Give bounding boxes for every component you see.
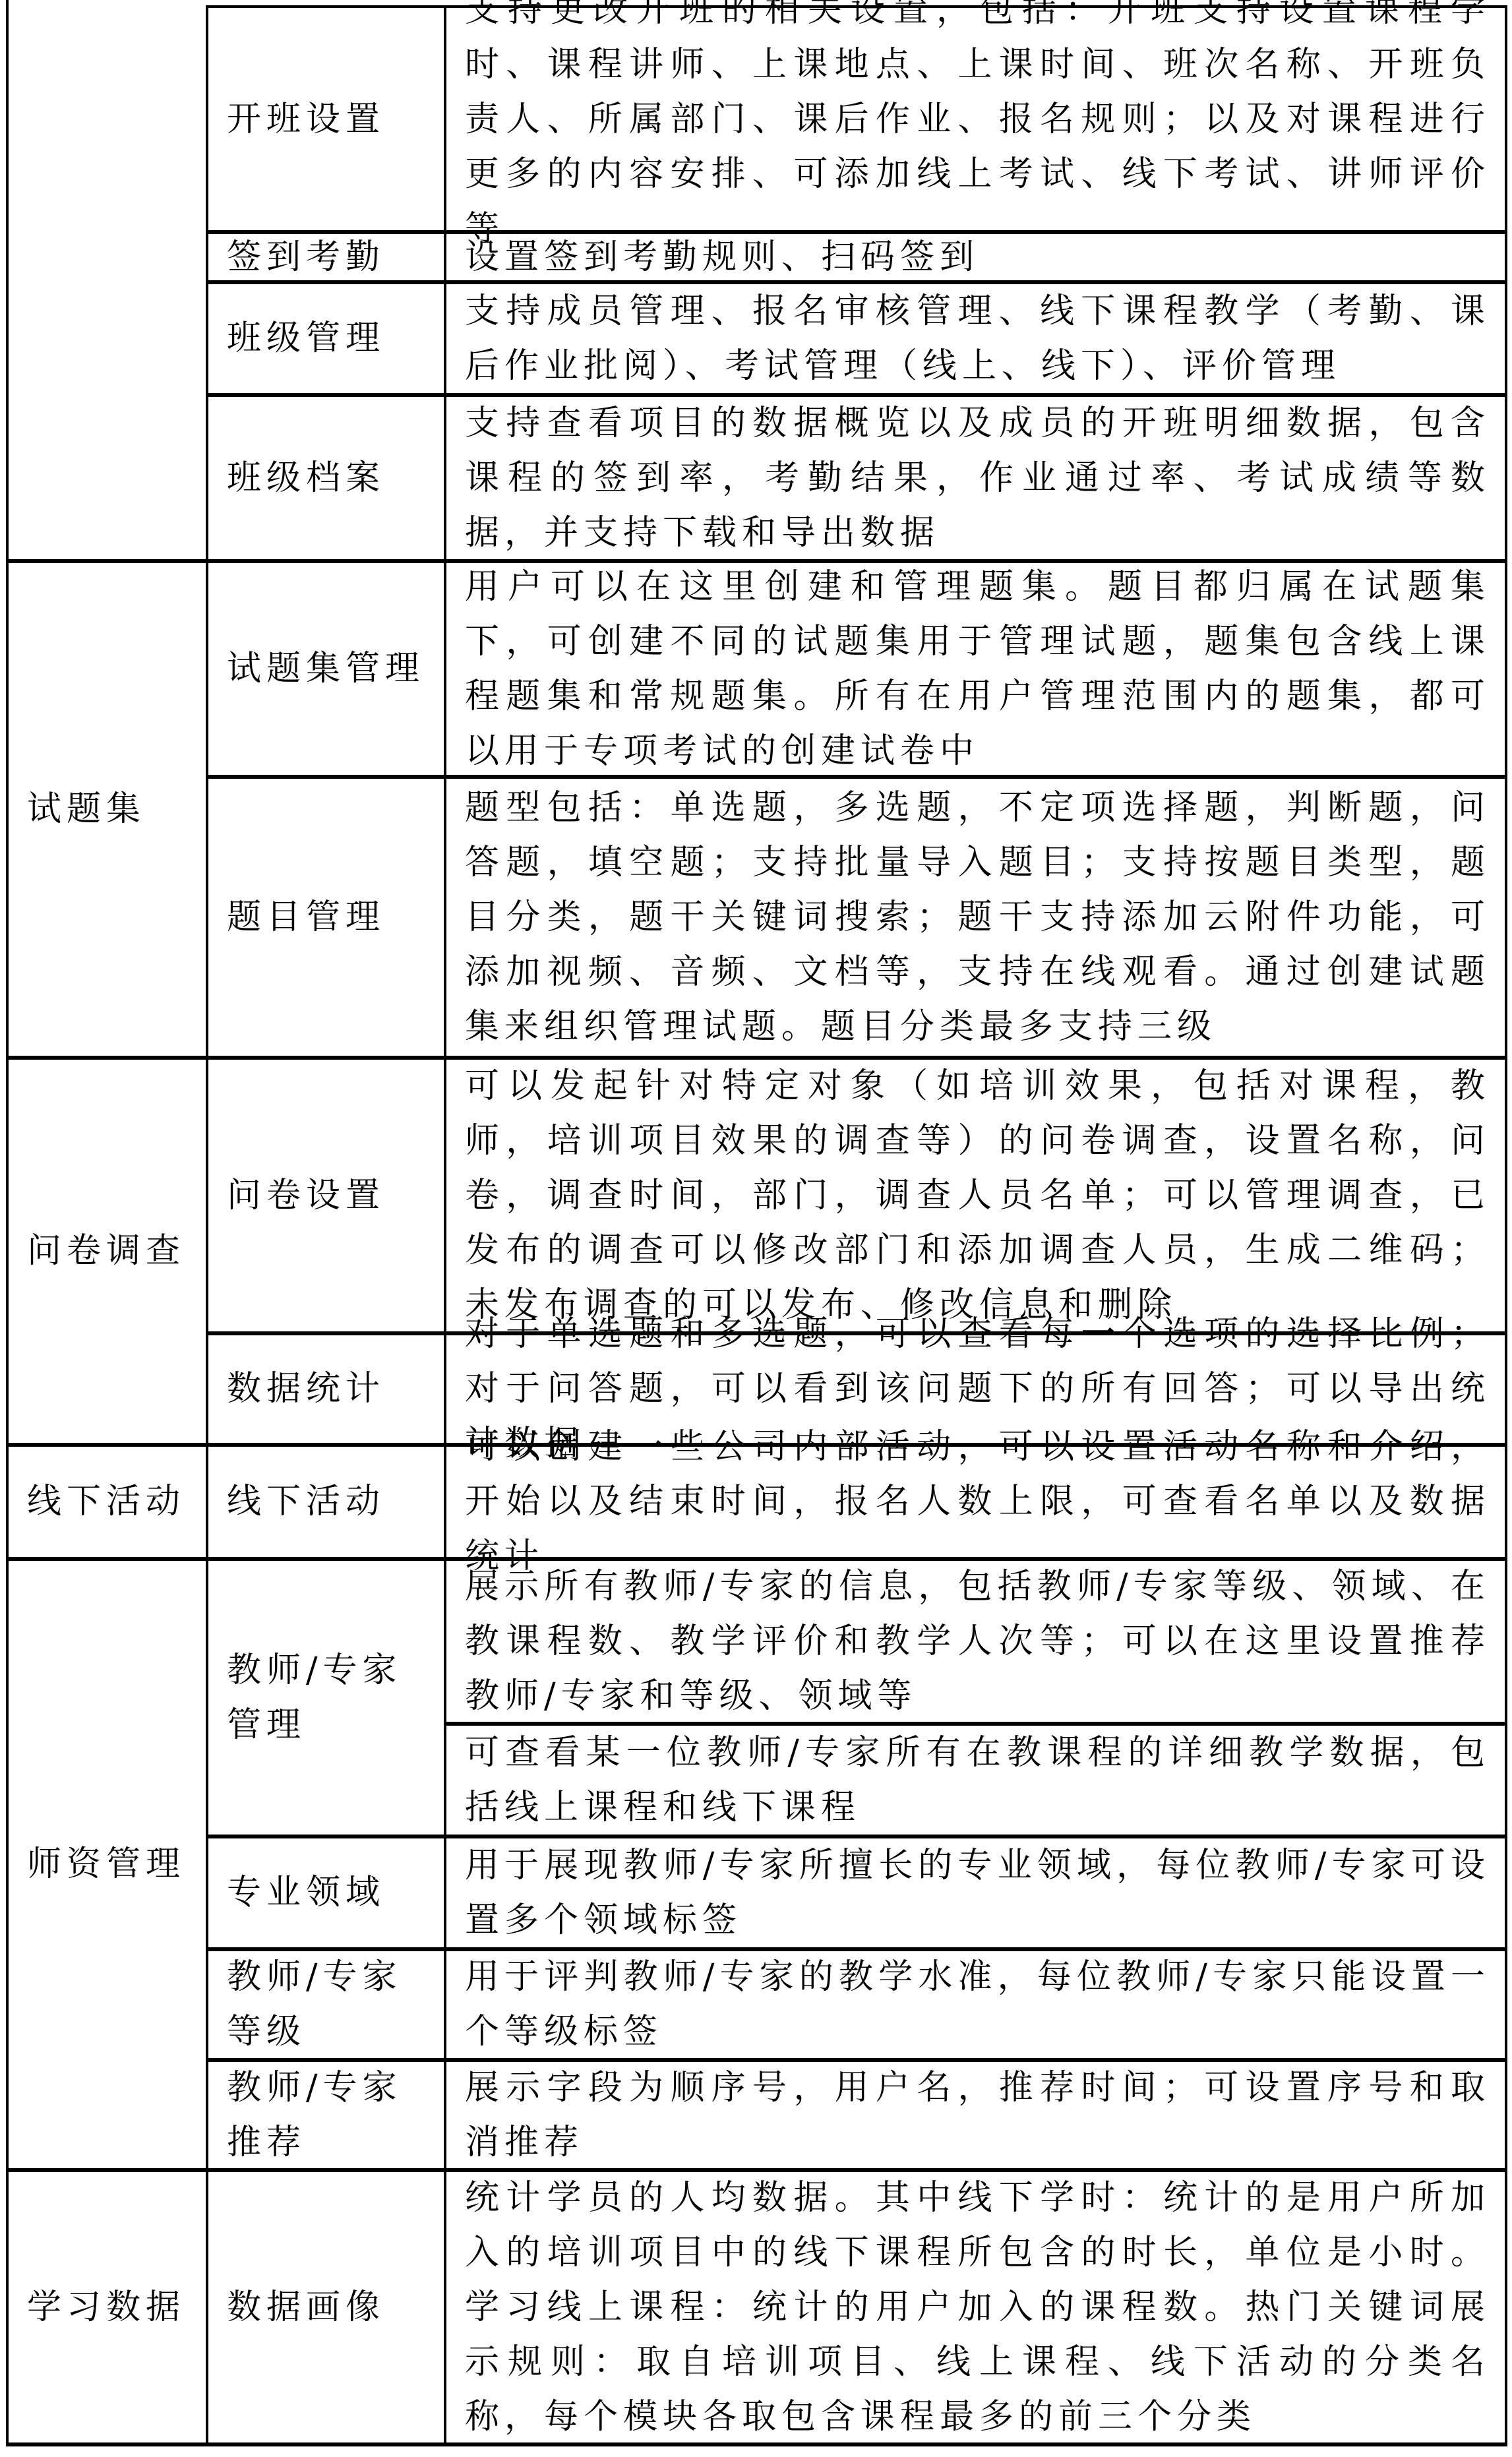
description-cell: 可以发起针对特定对象（如培训效果，包括对课程，教师，培训项目效果的调查等）的问卷… [445, 1058, 1507, 1333]
column-divider [444, 7, 446, 2446]
feature-cell: 班级档案 [207, 395, 445, 561]
description-cell: 可查看某一位教师/专家所有在教课程的详细教学数据，包括线上课程和线下课程 [445, 1724, 1507, 1836]
feature-label: 签到考勤 [227, 230, 432, 285]
description-text: 展示字段为顺序号，用户名，推荐时间；可设置序号和取消推荐 [465, 2061, 1490, 2170]
feature-label: 线下活动 [227, 1474, 432, 1529]
feature-label: 问卷设置 [227, 1168, 432, 1223]
feature-cell: 签到考勤 [207, 232, 445, 282]
description-cell: 展示所有教师/专家的信息，包括教师/专家等级、领域、在教课程数、教学评价和教学人… [445, 1559, 1507, 1724]
row-divider [206, 230, 1507, 234]
feature-cell: 班级管理 [207, 282, 445, 395]
description-cell: 设置签到考勤规则、扫码签到 [445, 232, 1507, 282]
feature-label: 教师/专家管理 [227, 1643, 432, 1753]
category-label: 试题集 [27, 782, 207, 837]
description-cell: 支持更改开班的相关设置，包括：开班支持设置课程学时、课程讲师、上课地点、上课时间… [445, 7, 1507, 232]
description-cell: 可以创建一些公司内部活动，可以设置活动名称和介绍，开始以及结束时间，报名人数上限… [445, 1445, 1507, 1559]
description-text: 用户可以在这里创建和管理题集。题目都归属在试题集下，可创建不同的试题集用于管理试… [465, 560, 1490, 779]
feature-cell: 开班设置 [207, 7, 445, 232]
feature-label: 数据画像 [227, 2280, 432, 2335]
feature-cell: 教师/专家等级 [207, 1949, 445, 2060]
table-border-top [206, 5, 1507, 8]
category-cell: 试题集 [7, 561, 207, 1058]
description-cell: 统计学员的人均数据。其中线下学时：统计的是用户所加入的培训项目中的线下课程所包含… [445, 2170, 1507, 2444]
feature-cell: 题目管理 [207, 777, 445, 1058]
column-divider [206, 7, 208, 2446]
row-divider [206, 1331, 1507, 1335]
description-cell: 用于展现教师/专家所擅长的专业领域，每位教师/专家可设置多个领域标签 [445, 1836, 1507, 1949]
row-divider [6, 1557, 1507, 1561]
feature-label: 试题集管理 [227, 642, 432, 696]
description-cell: 题型包括：单选题，多选题，不定项选择题，判断题，问答题，填空题；支持批量导入题目… [445, 777, 1507, 1058]
row-divider [6, 2168, 1507, 2172]
category-cell: 问卷调查 [7, 1058, 207, 1445]
table-border-left [6, 0, 9, 2446]
row-divider [206, 775, 1507, 779]
feature-label: 专业领域 [227, 1866, 432, 1920]
feature-cell: 线下活动 [207, 1445, 445, 1559]
row-divider [6, 1443, 1507, 1447]
feature-cell: 教师/专家管理 [207, 1559, 445, 1836]
description-text: 展示所有教师/专家的信息，包括教师/专家等级、领域、在教课程数、教学评价和教学人… [465, 1560, 1490, 1724]
feature-cell: 数据画像 [207, 2170, 445, 2444]
description-cell: 用户可以在这里创建和管理题集。题目都归属在试题集下，可创建不同的试题集用于管理试… [445, 561, 1507, 777]
table-border-bottom [6, 2442, 1507, 2446]
category-label: 问卷调查 [27, 1224, 207, 1279]
description-text: 可查看某一位教师/专家所有在教课程的详细教学数据，包括线上课程和线下课程 [465, 1726, 1490, 1835]
description-cell: 支持成员管理、报名审核管理、线下课程教学（考勤、课后作业批阅）、考试管理（线上、… [445, 282, 1507, 395]
feature-cell: 问卷设置 [207, 1058, 445, 1333]
category-cell [7, 0, 207, 561]
description-text: 设置签到考勤规则、扫码签到 [465, 230, 1490, 285]
feature-cell: 教师/专家推荐 [207, 2060, 445, 2170]
category-label: 师资管理 [27, 1837, 207, 1892]
row-divider [6, 559, 1507, 563]
feature-cell: 数据统计 [207, 1333, 445, 1445]
description-text: 题型包括：单选题，多选题，不定项选择题，判断题，问答题，填空题；支持批量导入题目… [465, 781, 1490, 1054]
description-text: 可以发起针对特定对象（如培训效果，包括对课程，教师，培训项目效果的调查等）的问卷… [465, 1059, 1490, 1333]
description-cell: 用于评判教师/专家的教学水准，每位教师/专家只能设置一个等级标签 [445, 1949, 1507, 2060]
description-cell: 展示字段为顺序号，用户名，推荐时间；可设置序号和取消推荐 [445, 2060, 1507, 2170]
category-cell: 线下活动 [7, 1445, 207, 1559]
description-text: 统计学员的人均数据。其中线下学时：统计的是用户所加入的培训项目中的线下课程所包含… [465, 2171, 1490, 2444]
row-divider [206, 1947, 1507, 1951]
category-label: 学习数据 [27, 2280, 207, 2335]
feature-label: 教师/专家推荐 [227, 2061, 432, 2170]
feature-table: 开班设置 支持更改开班的相关设置，包括：开班支持设置课程学时、课程讲师、上课地点… [0, 0, 1512, 2457]
feature-label: 开班设置 [227, 92, 432, 147]
description-text: 用于展现教师/专家所擅长的专业领域，每位教师/专家可设置多个领域标签 [465, 1838, 1490, 1948]
feature-label: 教师/专家等级 [227, 1950, 432, 2059]
description-text: 支持更改开班的相关设置，包括：开班支持设置课程学时、课程讲师、上课地点、上课时间… [465, 0, 1490, 257]
description-text: 用于评判教师/专家的教学水准，每位教师/专家只能设置一个等级标签 [465, 1950, 1490, 2059]
row-divider [206, 2058, 1507, 2062]
description-text: 支持成员管理、报名审核管理、线下课程教学（考勤、课后作业批阅）、考试管理（线上、… [465, 284, 1490, 394]
feature-label: 班级管理 [227, 311, 432, 366]
description-text: 支持查看项目的数据概览以及成员的开班明细数据，包含课程的签到率，考勤结果，作业通… [465, 396, 1490, 561]
table-border-right [1505, 7, 1507, 2446]
description-cell: 支持查看项目的数据概览以及成员的开班明细数据，包含课程的签到率，考勤结果，作业通… [445, 395, 1507, 561]
row-divider [206, 393, 1507, 397]
feature-label: 数据统计 [227, 1362, 432, 1416]
feature-cell: 试题集管理 [207, 561, 445, 777]
row-divider [206, 1835, 1507, 1838]
feature-cell: 专业领域 [207, 1836, 445, 1949]
feature-label: 题目管理 [227, 890, 432, 945]
row-divider [6, 1056, 1507, 1060]
row-divider [206, 280, 1507, 284]
category-cell: 师资管理 [7, 1559, 207, 2170]
category-label: 线下活动 [27, 1474, 207, 1529]
category-cell: 学习数据 [7, 2170, 207, 2444]
feature-label: 班级档案 [227, 451, 432, 506]
row-divider [444, 1722, 1507, 1726]
